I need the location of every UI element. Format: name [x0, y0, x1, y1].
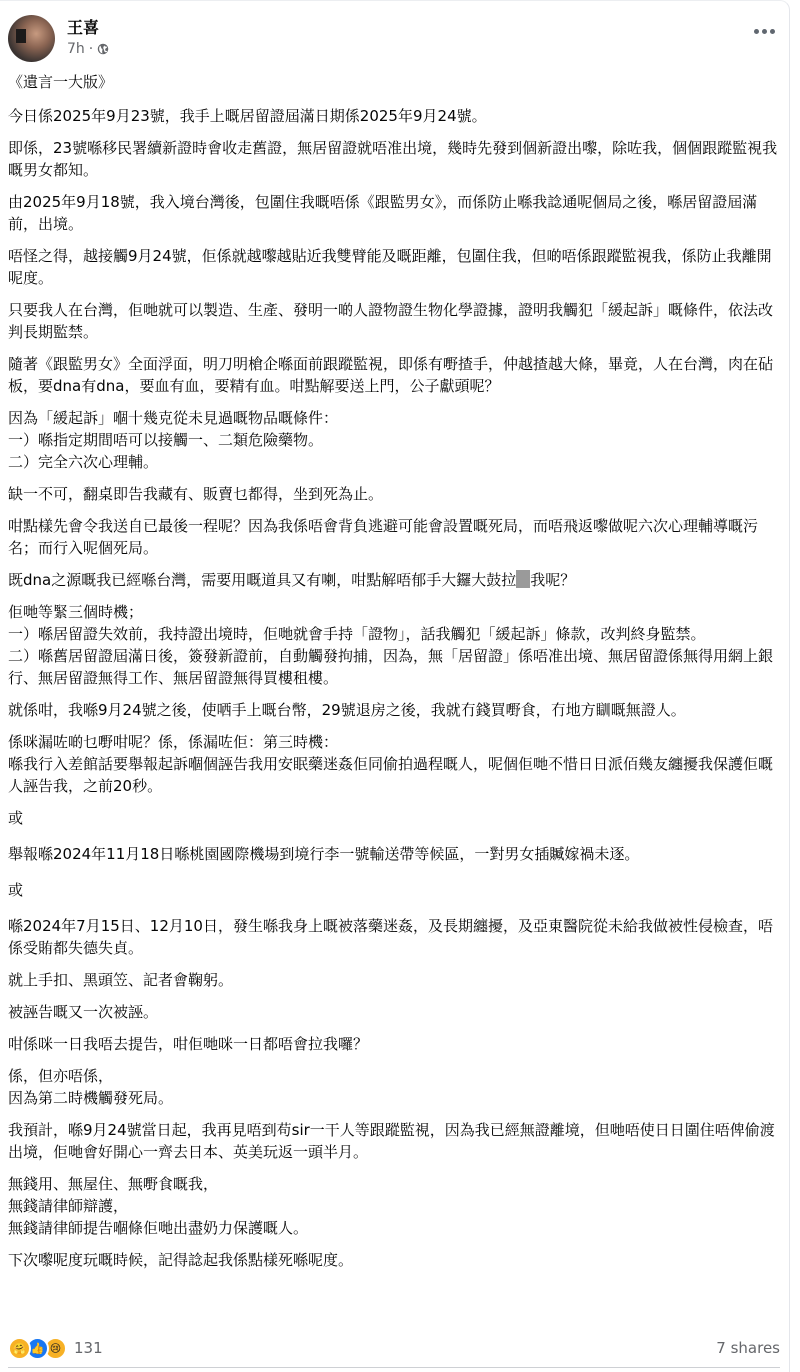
post-paragraph: 或: [8, 879, 778, 901]
post-paragraph: 就上手扣、黑頭笠、記者會鞠躬。: [8, 969, 778, 991]
censored-text-after: 我呢？: [530, 571, 575, 589]
post-paragraph: 由2025年9月18號，我入境台灣後，包圍住我嘅唔係《跟監男女》，而係防止喺我諗…: [8, 191, 778, 235]
more-options-icon: [770, 29, 775, 34]
post-body: 《遺言一大版》 今日係2025年9月23號，我手上嘅居留證屆滿日期係2025年9…: [8, 71, 778, 1281]
post-paragraph: 喺2024年7月15日、12月10日，發生喺我身上嘅被落藥迷姦，及長期纏擾，及亞…: [8, 915, 778, 959]
post-title: 《遺言一大版》: [8, 71, 778, 93]
post-paragraph: 唔怪之得，越接觸9月24號，佢係就越嚟越貼近我雙臂能及嘅距離，包圍住我，但啲唔係…: [8, 245, 778, 289]
post-paragraph: 被誣告嘅又一次被誣。: [8, 1001, 778, 1023]
post-paragraph-censored: 既dna之源嘅我已經喺台灣，需要用嘅道具又有喇，咁點解唔郁手大鑼大鼓拉我呢？: [8, 569, 778, 591]
reactions-summary[interactable]: 🤗 👍 😢 131: [8, 1337, 103, 1360]
post-paragraph: 下次嚟呢度玩嘅時候，記得諗起我係點樣死喺呢度。: [8, 1249, 778, 1271]
post-header: 王喜 7h ·: [8, 15, 109, 62]
post-paragraph: 或: [8, 807, 778, 829]
post-meta: 王喜 7h ·: [67, 18, 109, 59]
censor-block: [516, 570, 530, 588]
post-paragraph: 因為「緩起訴」嗰十幾克從未見過嘅物品嘅條件： 一）喺指定期間唔可以接觸一、二類危…: [8, 407, 778, 473]
post-paragraph: 缺一不可，翻桌即告我藏有、販賣乜都得，坐到死為止。: [8, 483, 778, 505]
post-paragraph: 咁點樣先會令我送自已最後一程呢？因為我係唔會背負逃避可能會設置嘅死局，而唔飛返嚟…: [8, 515, 778, 559]
more-options-button[interactable]: [754, 29, 775, 34]
separator-dot: ·: [89, 39, 93, 59]
care-reaction-icon: 🤗: [8, 1337, 31, 1360]
post-paragraph: 係咪漏咗啲乜嘢咁呢？係，係漏咗佢：第三時機： 喺我行入差館話要舉報起訴嗰個誣告我…: [8, 731, 778, 797]
post-paragraph: 只要我人在台灣，佢哋就可以製造、生產、發明一啲人證物證生物化學證據，證明我觸犯「…: [8, 299, 778, 343]
shares-count[interactable]: 7 shares: [716, 1339, 780, 1357]
post-paragraph: 就係咁，我喺9月24號之後，使哂手上嘅台幣，29號退房之後，我就冇錢買嘢食，冇地…: [8, 699, 778, 721]
more-options-icon: [762, 29, 767, 34]
author-name[interactable]: 王喜: [67, 18, 109, 38]
post-paragraph: 今日係2025年9月23號，我手上嘅居留證屆滿日期係2025年9月24號。: [8, 105, 778, 127]
post-paragraph: 佢哋等緊三個時機； 一）喺居留證失效前，我持證出境時，佢哋就會手持「證物」，話我…: [8, 601, 778, 689]
post-paragraph: 無錢用、無屋住、無嘢食嘅我， 無錢請律師辯護， 無錢請律師提告嗰條佢哋出盡奶力保…: [8, 1173, 778, 1239]
post-timestamp[interactable]: 7h: [67, 39, 85, 59]
post-paragraph: 隨著《跟監男女》全面浮面，明刀明槍企喺面前跟蹤監視，即係有嘢揸手，仲越揸越大條，…: [8, 353, 778, 397]
post-paragraph: 即係，23號喺移民署續新證時會收走舊證，無居留證就唔准出境，幾時先發到個新證出嚟…: [8, 137, 778, 181]
author-avatar[interactable]: [8, 15, 55, 62]
globe-icon[interactable]: [97, 43, 109, 55]
post-subline: 7h ·: [67, 39, 109, 59]
post-paragraph: 咁係咪一日我唔去提告，咁佢哋咪一日都唔會拉我囉？: [8, 1033, 778, 1055]
footer-divider: [8, 1367, 780, 1368]
post-paragraph: 舉報喺2024年11月18日喺桃園國際機場到境行李一號輸送帶等候區，一對男女插贓…: [8, 843, 778, 865]
post-footer: 🤗 👍 😢 131 7 shares: [8, 1335, 780, 1361]
post-paragraph: 係，但亦唔係， 因為第二時機觸發死局。: [8, 1065, 778, 1109]
more-options-icon: [754, 29, 759, 34]
facebook-post-card: 王喜 7h · 《遺言一大版》 今日係2025年9月23號，我手上嘅居留證屆滿日…: [0, 0, 790, 1372]
censored-text-before: 既dna之源嘅我已經喺台灣，需要用嘅道具又有喇，咁點解唔郁手大鑼大鼓拉: [8, 571, 516, 589]
reaction-count[interactable]: 131: [74, 1339, 103, 1357]
post-paragraph: 我預計，喺9月24號當日起，我再見唔到苟sir一干人等跟蹤監視，因為我已經無證離…: [8, 1119, 778, 1163]
